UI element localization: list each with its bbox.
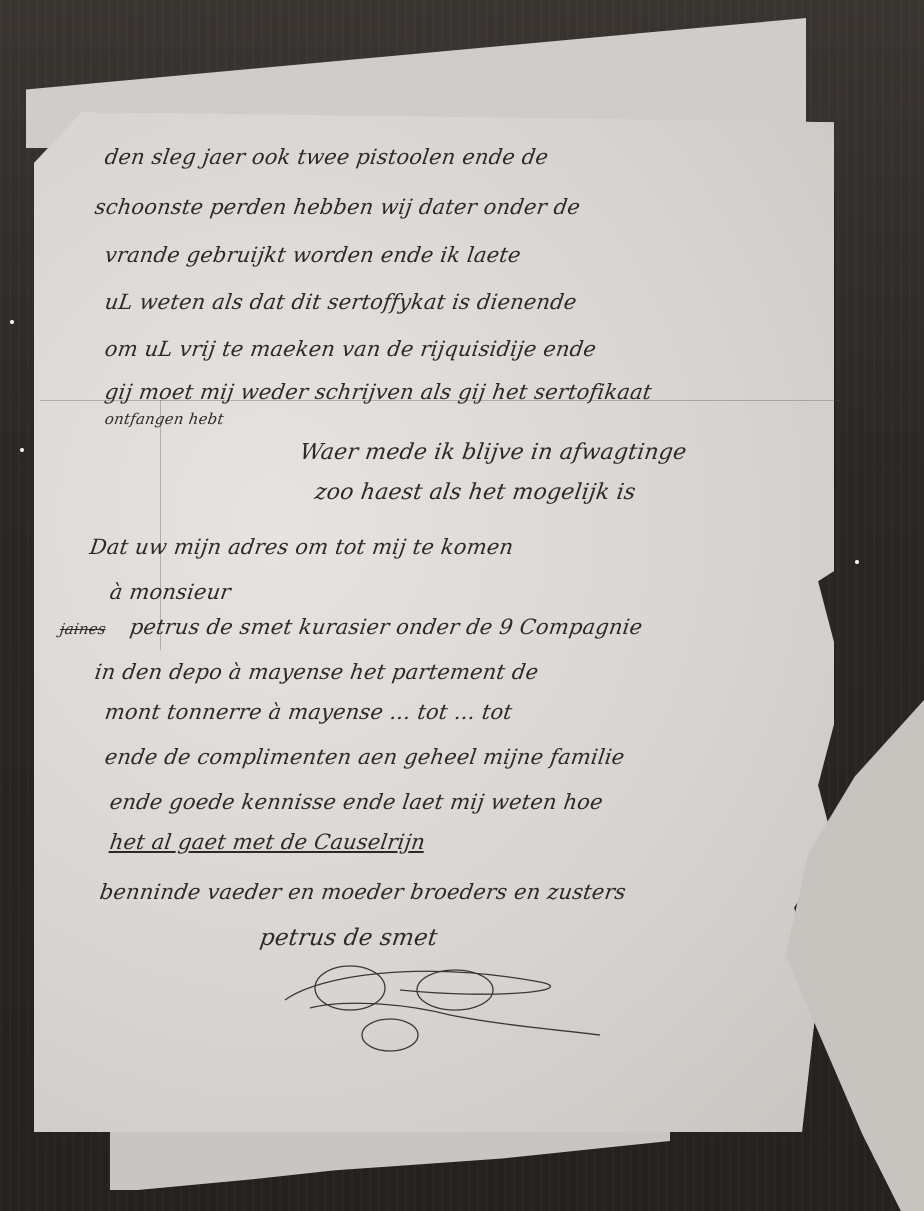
pen-flourish-icon [280, 960, 610, 1060]
dust-speck [10, 320, 14, 324]
address-line: mont tonnerre à mayense ... tot ... tot [103, 700, 514, 724]
address-line: in den depo à mayense het partement de [93, 660, 540, 684]
body-line: ontfangen hebt [104, 410, 225, 428]
greeting-line: benninde vaeder en moeder broeders en zu… [98, 880, 627, 904]
greeting-line: het al gaet met de Causelrijn [108, 830, 426, 854]
body-line: om uL vrij te maeken van de rijquisidije… [103, 337, 597, 361]
fold-crease-vertical [160, 400, 161, 650]
dust-speck [20, 448, 24, 452]
body-line: den sleg jaer ook twee pistoolen ende de [103, 145, 550, 169]
signature: petrus de smet [258, 925, 439, 951]
address-salutation: à monsieur [108, 580, 232, 604]
crossed-out-word: jaines [59, 620, 107, 638]
body-line: gij moet mij weder schrijven als gij het… [103, 380, 653, 404]
dust-speck [855, 560, 859, 564]
body-line: uL weten als dat dit sertoffykat is dien… [103, 290, 578, 314]
note-line: Dat uw mijn adres om tot mij te komen [88, 535, 515, 559]
body-line: vrande gebruijkt worden ende ik laete [103, 243, 522, 267]
address-line: petrus de smet kurasier onder de 9 Compa… [128, 615, 644, 639]
body-line: schoonste perden hebben wij dater onder … [93, 195, 581, 219]
closing-line: zoo haest als het mogelijk is [313, 480, 637, 505]
closing-line: Waer mede ik blijve in afwagtinge [298, 440, 688, 465]
greeting-line: ende goede kennisse ende laet mij weten … [108, 790, 604, 814]
greeting-line: ende de complimenten aen geheel mijne fa… [103, 745, 626, 769]
